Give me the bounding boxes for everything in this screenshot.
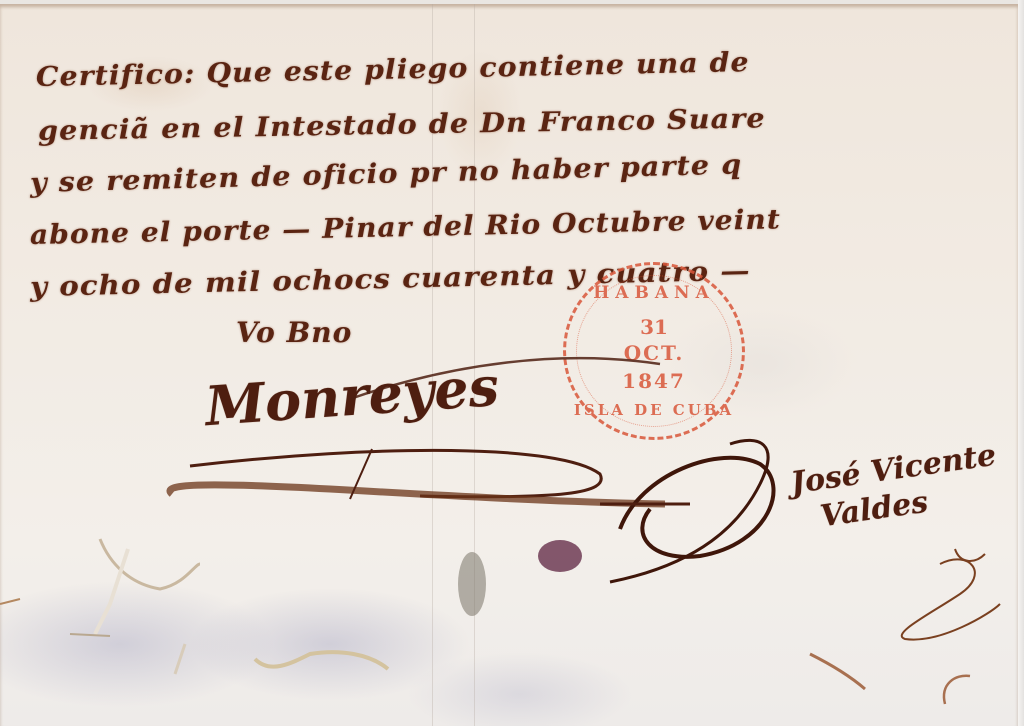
scan-edge <box>1018 0 1024 726</box>
flourishes-and-stains <box>0 4 1018 726</box>
document-paper: Certifico: Que este pliego contiene una … <box>0 4 1018 726</box>
